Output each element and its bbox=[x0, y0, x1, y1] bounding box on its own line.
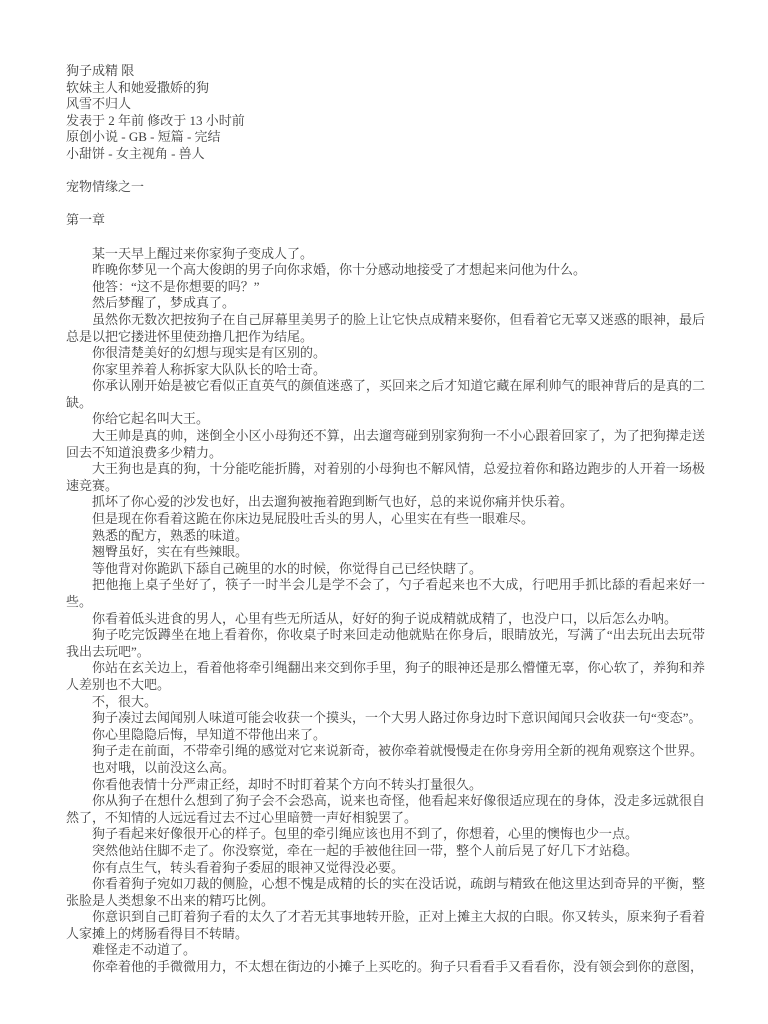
tags-line-secondary: 小甜饼 - 女主视角 - 兽人 bbox=[66, 146, 705, 163]
paragraph: 大王帅是真的帅，迷倒全小区小母狗还不算，出去遛弯碰到别家狗狗一不小心跟着回家了，… bbox=[66, 428, 705, 461]
paragraph: 你看着狗子宛如刀裁的侧脸，心想不愧是成精的长的实在没话说，疏朗与精致在他这里达到… bbox=[66, 876, 705, 909]
doc-title: 狗子成精 限 bbox=[66, 63, 705, 80]
paragraph: 大王狗也是真的狗，十分能吃能折腾，对着别的小母狗也不解风情，总爱拉着你和路边跑步… bbox=[66, 461, 705, 494]
paragraph: 你承认刚开始是被它看似正直英气的颜值迷惑了，买回来之后才知道它藏在犀利帅气的眼神… bbox=[66, 378, 705, 411]
document-page: 狗子成精 限 软妹主人和她爱撒娇的狗 风雪不归人 发表于 2 年前 修改于 13… bbox=[0, 0, 768, 1024]
paragraph: 昨晚你梦见一个高大俊朗的男子向你求婚，你十分感动地接受了才想起来问他为什么。 bbox=[66, 262, 705, 279]
paragraph: 你看他表情十分严肃正经，却时不时盯着某个方向不转头打量很久。 bbox=[66, 777, 705, 794]
paragraph: 你看着低头进食的男人，心里有些无所适从，好好的狗子说成精就成精了，也没户口，以后… bbox=[66, 611, 705, 628]
paragraph: 你家里养着人称拆家大队队长的哈士奇。 bbox=[66, 362, 705, 379]
paragraph: 狗子吃完饭蹲坐在地上看着你，你收桌子时来回走动他就贴在你身后，眼睛放光，写满了“… bbox=[66, 627, 705, 660]
paragraph: 你有点生气，转头看着狗子委屈的眼神又觉得没必要。 bbox=[66, 860, 705, 877]
paragraph: 你给它起名叫大王。 bbox=[66, 411, 705, 428]
paragraph: 狗子走在前面，不带牵引绳的感觉对它来说新奇，被你牵着就慢慢走在你身旁用全新的视角… bbox=[66, 743, 705, 760]
paragraph: 把他拖上桌子坐好了，筷子一时半会儿是学不会了，勺子看起来也不大成，行吧用手抓比舔… bbox=[66, 577, 705, 610]
spacer bbox=[66, 163, 705, 180]
paragraph: 抓坏了你心爱的沙发也好，出去遛狗被拖着跑到断气也好，总的来说你痛并快乐着。 bbox=[66, 494, 705, 511]
paragraph: 不，很大。 bbox=[66, 694, 705, 711]
paragraph: 他答：“这不是你想要的吗？” bbox=[66, 279, 705, 296]
paragraph: 某一天早上醒过来你家狗子变成人了。 bbox=[66, 246, 705, 263]
doc-subtitle: 软妹主人和她爱撒娇的狗 bbox=[66, 80, 705, 97]
paragraph: 难怪走不动道了。 bbox=[66, 942, 705, 959]
paragraph: 突然他站住脚不走了。你没察觉，牵在一起的手被他往回一带，整个人前后晃了好几下才站… bbox=[66, 843, 705, 860]
paragraph: 你从狗子在想什么想到了狗子会不会恐高，说来也奇怪，他看起来好像很适应现在的身体，… bbox=[66, 793, 705, 826]
tags-line-primary: 原创小说 - GB - 短篇 - 完结 bbox=[66, 129, 705, 146]
paragraph: 狗子看起来好像很开心的样子。包里的牵引绳应该也用不到了，你想着，心里的懊悔也少一… bbox=[66, 826, 705, 843]
paragraph: 也对哦，以前没这么高。 bbox=[66, 760, 705, 777]
paragraph: 你很清楚美好的幻想与现实是有区别的。 bbox=[66, 345, 705, 362]
author-name: 风雪不归人 bbox=[66, 96, 705, 113]
publish-info: 发表于 2 年前 修改于 13 小时前 bbox=[66, 113, 705, 130]
chapter-heading: 第一章 bbox=[66, 212, 705, 229]
paragraph: 熟悉的配方，熟悉的味道。 bbox=[66, 528, 705, 545]
paragraph: 虽然你无数次把按狗子在自己屏幕里美男子的脸上让它快点成精来娶你，但看着它无辜又迷… bbox=[66, 312, 705, 345]
paragraph: 你意识到自己盯着狗子看的太久了才若无其事地转开脸，正对上摊主大叔的白眼。你又转头… bbox=[66, 909, 705, 942]
paragraph: 你心里隐隐后悔，早知道不带他出来了。 bbox=[66, 727, 705, 744]
paragraph: 翘臀虽好，实在有些辣眼。 bbox=[66, 544, 705, 561]
spacer bbox=[66, 196, 705, 213]
paragraph: 然后梦醒了，梦成真了。 bbox=[66, 295, 705, 312]
paragraph: 狗子凑过去闻闻别人味道可能会收获一个摸头，一个大男人路过你身边时下意识闻闻只会收… bbox=[66, 710, 705, 727]
paragraph: 你站在玄关边上，看着他将牵引绳翻出来交到你手里，狗子的眼神还是那么懵懂无辜，你心… bbox=[66, 660, 705, 693]
paragraph: 你牵着他的手微微用力，不太想在街边的小摊子上买吃的。狗子只看看手又看看你，没有领… bbox=[66, 959, 705, 976]
spacer bbox=[66, 229, 705, 246]
paragraph: 等他背对你跪趴下舔自己碗里的水的时候，你觉得自己已经快瞎了。 bbox=[66, 561, 705, 578]
document-content: 狗子成精 限 软妹主人和她爱撒娇的狗 风雪不归人 发表于 2 年前 修改于 13… bbox=[66, 63, 705, 976]
series-title: 宠物情缘之一 bbox=[66, 179, 705, 196]
paragraph: 但是现在你看着这跪在你床边晃屁股吐舌头的男人，心里实在有些一眼难尽。 bbox=[66, 511, 705, 528]
